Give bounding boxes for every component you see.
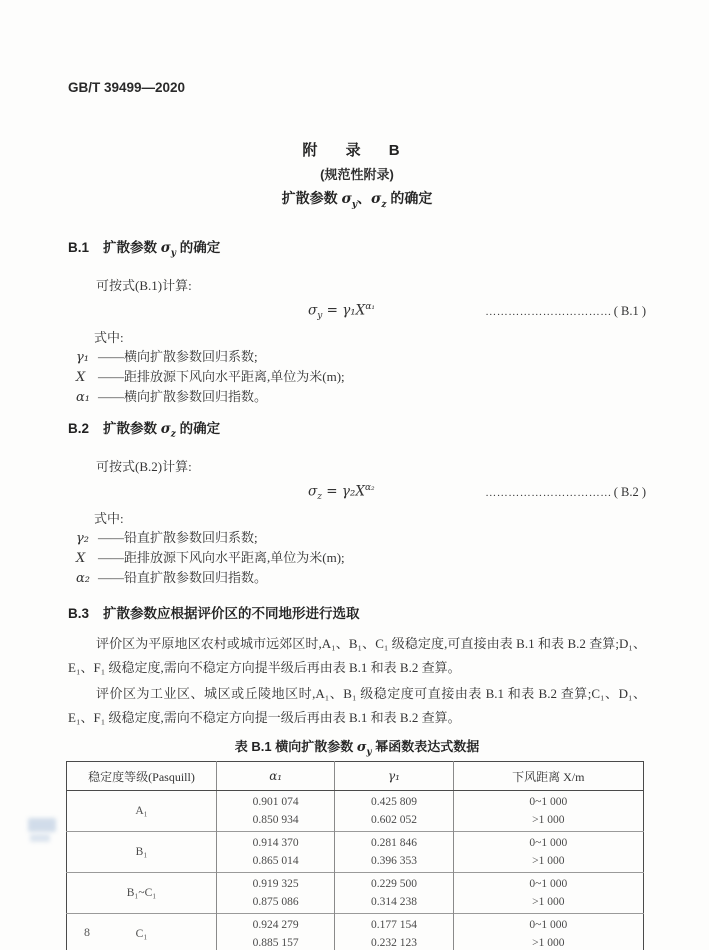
sigma-z-symbol: σz [371, 191, 386, 207]
sigma-y-symbol: σy [341, 191, 357, 207]
section-b1-number: B.1 [68, 240, 89, 255]
table-row-a1: A₁ 0.901 0740.850 934 0.425 8090.602 052… [67, 791, 644, 832]
appendix-heading-prefix: 扩散参数 [282, 190, 342, 206]
gamma-values: 0.229 5000.314 238 [335, 873, 453, 914]
alpha-values: 0.924 2790.885 157 [217, 914, 335, 950]
scan-watermark-smudge [28, 818, 56, 832]
doc-number: GB/T 39499—2020 [68, 80, 646, 95]
section-b3-heading: B.3扩散参数应根据评价区的不同地形进行选取 [68, 602, 646, 622]
distance-values: 0~1 000>1 000 [453, 873, 643, 914]
section-b3-number: B.3 [68, 606, 89, 621]
alpha-values: 0.901 0740.850 934 [217, 791, 335, 832]
definition-text: 横向扩散参数回归指数。 [124, 389, 267, 404]
definition-dash: —— [98, 550, 124, 565]
definition-text: 横向扩散参数回归系数; [124, 349, 258, 364]
appendix-heading: 扩散参数 σy、σz 的确定 [68, 188, 646, 210]
definition-line: X——距排放源下风向水平距离,单位为米(m); [76, 367, 646, 387]
definition-dash: —— [98, 530, 124, 545]
section-b2-intro: 可按式(B.2)计算: [68, 457, 646, 477]
table-row-b1-c1: B₁~C₁ 0.919 3250.875 086 0.229 5000.314 … [67, 873, 644, 914]
section-b2-number: B.2 [68, 421, 89, 436]
symbol-x: X [76, 549, 98, 568]
symbol-gamma1: γ₁ [76, 348, 98, 367]
section-b3-paragraph-2: 评价区为工业区、城区或丘陵地区时,A₁、B₁ 级稳定度可直接由表 B.1 和表 … [68, 682, 646, 730]
table-row-b1: B₁ 0.914 3700.865 014 0.281 8460.396 353… [67, 832, 644, 873]
symbol-alpha2: α₂ [76, 569, 98, 588]
definition-dash: —— [98, 349, 124, 364]
definition-line: γ₂——铅直扩散参数回归系数; [76, 528, 646, 548]
section-b1-where-label: 式中: [94, 328, 646, 347]
sigma-y-symbol: σy [357, 740, 372, 755]
formula-b1-row: σy = γ₁Xα₁ …………………………… ( B.1 ) [68, 302, 646, 321]
distance-values: 0~1 000>1 000 [453, 914, 643, 950]
distance-values: 0~1 000>1 000 [453, 791, 643, 832]
scan-watermark-smudge-2 [30, 834, 50, 842]
definition-text: 铅直扩散参数回归指数。 [124, 570, 267, 585]
section-b3-title: 扩散参数应根据评价区的不同地形进行选取 [103, 606, 360, 621]
symbol-x: X [76, 368, 98, 387]
definition-line: X——距排放源下风向水平距离,单位为米(m); [76, 548, 646, 568]
formula-b2-row: σz = γ₂Xα₂ …………………………… ( B.2 ) [68, 483, 646, 502]
formula-b1: σy = γ₁Xα₁ [308, 302, 375, 321]
column-header-stability: 稳定度等级(Pasquill) [67, 762, 217, 791]
gamma-values: 0.281 8460.396 353 [335, 832, 453, 873]
stability-class: B₁ [67, 832, 217, 873]
document-page: GB/T 39499—2020 附 录 B (规范性附录) 扩散参数 σy、σz… [0, 0, 709, 950]
section-b2-where-label: 式中: [94, 509, 646, 528]
column-header-alpha1: α₁ [217, 762, 335, 791]
sigma-y-symbol: σy [161, 240, 176, 256]
table-b1-caption: 表 B.1 横向扩散参数 σy 幂函数表达式数据 [68, 736, 646, 758]
section-b2-heading: B.2扩散参数 σz 的确定 [68, 417, 646, 440]
formula-b2: σz = γ₂Xα₂ [308, 483, 375, 502]
symbol-gamma2: γ₂ [76, 529, 98, 548]
definition-text: 距排放源下风向水平距离,单位为米(m); [124, 369, 345, 384]
column-header-distance: 下风距离 X/m [453, 762, 643, 791]
page-number: 8 [84, 925, 90, 940]
section-b1-intro: 可按式(B.1)计算: [68, 276, 646, 296]
sigma-z-symbol: σz [161, 421, 176, 437]
page-content: GB/T 39499—2020 附 录 B (规范性附录) 扩散参数 σy、σz… [68, 0, 646, 950]
dotted-leader: …………………………… [485, 487, 612, 499]
definition-line: γ₁——横向扩散参数回归系数; [76, 347, 646, 367]
table-b1: 稳定度等级(Pasquill) α₁ γ₁ 下风距离 X/m A₁ 0.901 … [66, 761, 644, 950]
distance-values: 0~1 000>1 000 [453, 832, 643, 873]
appendix-heading-separator: 、 [357, 190, 371, 206]
definition-line: α₂——铅直扩散参数回归指数。 [76, 568, 646, 588]
dotted-leader: …………………………… [485, 306, 612, 318]
appendix-subtitle: (规范性附录) [68, 164, 646, 183]
gamma-values: 0.425 8090.602 052 [335, 791, 453, 832]
stability-class: B₁~C₁ [67, 873, 217, 914]
table-header-row: 稳定度等级(Pasquill) α₁ γ₁ 下风距离 X/m [67, 762, 644, 791]
alpha-values: 0.919 3250.875 086 [217, 873, 335, 914]
section-b1-heading: B.1扩散参数 σy 的确定 [68, 236, 646, 259]
symbol-alpha1: α₁ [76, 388, 98, 407]
section-b3-paragraph-1: 评价区为平原地区农村或城市远郊区时,A₁、B₁、C₁ 级稳定度,可直接由表 B.… [68, 632, 646, 680]
definition-dash: —— [98, 369, 124, 384]
stability-class: A₁ [67, 791, 217, 832]
column-header-gamma1: γ₁ [335, 762, 453, 791]
appendix-title: 附 录 B [68, 139, 646, 160]
definition-dash: —— [98, 389, 124, 404]
alpha-values: 0.914 3700.865 014 [217, 832, 335, 873]
definition-text: 铅直扩散参数回归系数; [124, 530, 258, 545]
gamma-values: 0.177 1540.232 123 [335, 914, 453, 950]
definition-text: 距排放源下风向水平距离,单位为米(m); [124, 550, 345, 565]
equation-b2-tag: ( B.2 ) [614, 485, 646, 500]
definition-line: α₁——横向扩散参数回归指数。 [76, 387, 646, 407]
appendix-heading-suffix: 的确定 [387, 190, 433, 206]
equation-b1-tag: ( B.1 ) [614, 304, 646, 319]
definition-dash: —— [98, 570, 124, 585]
table-row-c1: C₁ 0.924 2790.885 157 0.177 1540.232 123… [67, 914, 644, 950]
